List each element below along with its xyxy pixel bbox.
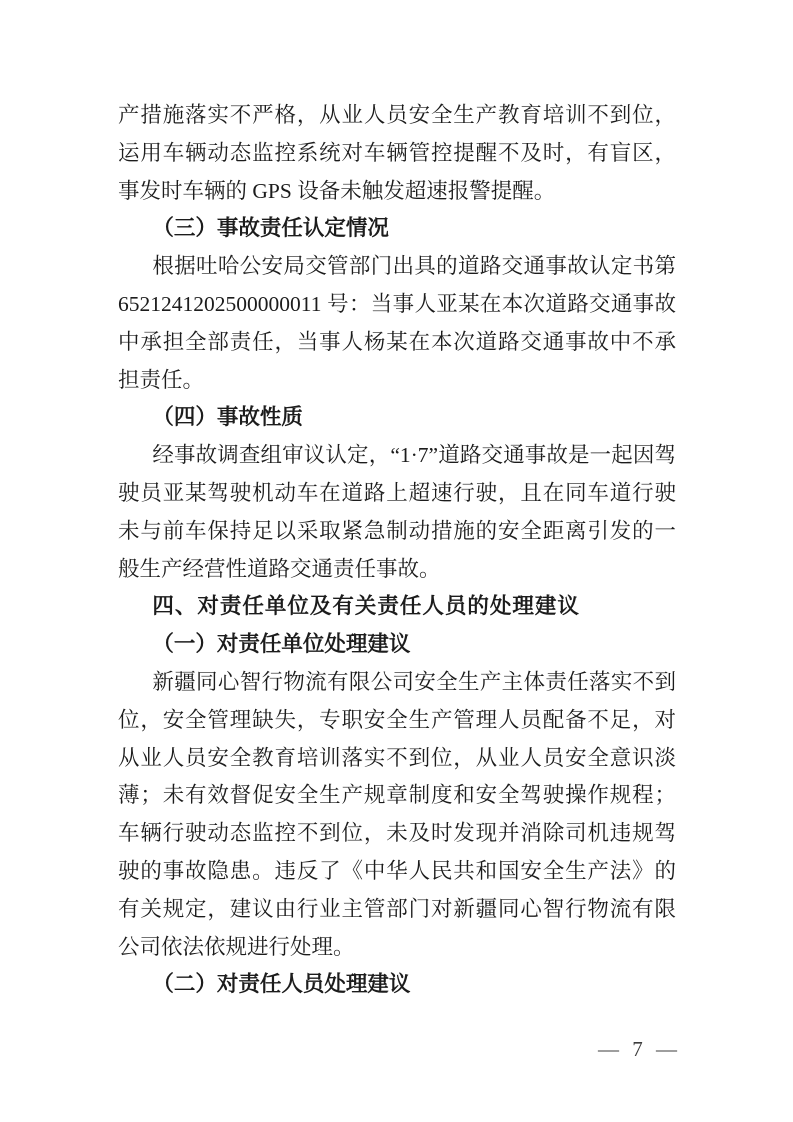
heading-section-3-responsibility-determination: （三）事故责任认定情况 bbox=[118, 210, 676, 248]
page-footer: — 7 — bbox=[598, 1036, 681, 1062]
paragraph-safety-measures-continuation: 产措施落实不严格，从业人员安全生产教育培训不到位，运用车辆动态监控系统对车辆管控… bbox=[118, 97, 676, 210]
paragraph-accident-nature: 经事故调查组审议认定，“1·7”道路交通事故是一起因驾驶员亚某驾驶机动车在道路上… bbox=[118, 437, 676, 588]
paragraph-unit-handling-suggestion: 新疆同心智行物流有限公司安全生产主体责任落实不到位，安全管理缺失，专职安全生产管… bbox=[118, 664, 676, 966]
heading-subsection-2-personnel-handling: （二）对责任人员处理建议 bbox=[118, 966, 676, 1004]
heading-subsection-1-unit-handling: （一）对责任单位处理建议 bbox=[118, 626, 676, 664]
document-content: 产措施落实不严格，从业人员安全生产教育培训不到位，运用车辆动态监控系统对车辆管控… bbox=[118, 97, 676, 1004]
document-page: 产措施落实不严格，从业人员安全生产教育培训不到位，运用车辆动态监控系统对车辆管控… bbox=[0, 0, 793, 1122]
page-number: — 7 — bbox=[598, 1037, 681, 1061]
paragraph-accident-determination: 根据吐哈公安局交管部门出具的道路交通事故认定书第 652124120250000… bbox=[118, 248, 676, 399]
heading-chapter-4-handling-suggestions: 四、对责任单位及有关责任人员的处理建议 bbox=[118, 588, 676, 626]
heading-section-4-accident-nature: （四）事故性质 bbox=[118, 399, 676, 437]
